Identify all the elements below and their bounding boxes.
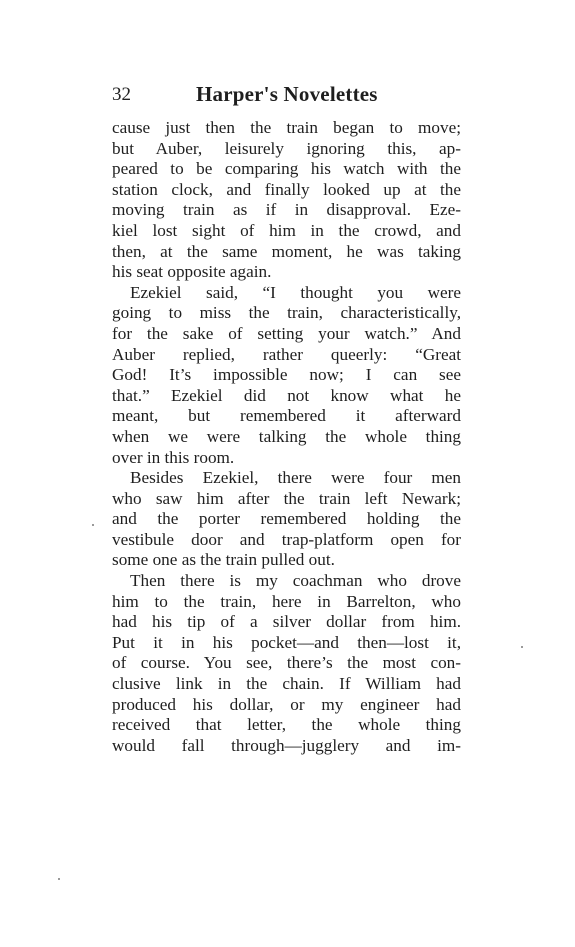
- text-line: Auber replied, rather queerly: “Great: [112, 345, 461, 366]
- text-line: then, at the same moment, he was taking: [112, 242, 461, 263]
- body-text: cause just then the train began to move;…: [112, 118, 461, 756]
- text-line: God! It’s impossible now; I can see: [112, 365, 461, 386]
- running-head: 32 Harper's Novelettes: [110, 82, 480, 108]
- text-line: peared to be comparing his watch with th…: [112, 159, 461, 180]
- text-line: when we were talking the whole thing: [112, 427, 461, 448]
- text-line: Put it in his pocket—and then—lost it,: [112, 633, 461, 654]
- book-title: Harper's Novelettes: [196, 82, 378, 107]
- text-line: and the porter remembered holding the: [112, 509, 461, 530]
- text-line: meant, but remembered it afterward: [112, 406, 461, 427]
- text-line: kiel lost sight of him in the crowd, and: [112, 221, 461, 242]
- scan-speck: [521, 646, 523, 648]
- scan-speck: [92, 524, 94, 526]
- text-line: going to miss the train, characteristica…: [112, 303, 461, 324]
- text-line: clusive link in the chain. If William ha…: [112, 674, 461, 695]
- text-line: Ezekiel said, “I thought you were: [112, 283, 461, 304]
- text-line: who saw him after the train left Newark;: [112, 489, 461, 510]
- book-page: 32 Harper's Novelettes cause just then t…: [0, 0, 575, 947]
- text-line: over in this room.: [112, 448, 461, 469]
- text-line: but Auber, leisurely ignoring this, ap-: [112, 139, 461, 160]
- text-line: some one as the train pulled out.: [112, 550, 461, 571]
- text-line: for the sake of setting your watch.” And: [112, 324, 461, 345]
- text-line: of course. You see, there’s the most con…: [112, 653, 461, 674]
- text-line: Besides Ezekiel, there were four men: [112, 468, 461, 489]
- text-line: vestibule door and trap-platform open fo…: [112, 530, 461, 551]
- text-line: would fall through—jugglery and im-: [112, 736, 461, 757]
- scan-speck: [58, 878, 60, 880]
- text-line: cause just then the train began to move;: [112, 118, 461, 139]
- page-number: 32: [112, 84, 131, 106]
- text-line: that.” Ezekiel did not know what he: [112, 386, 461, 407]
- text-line: had his tip of a silver dollar from him.: [112, 612, 461, 633]
- text-line: received that letter, the whole thing: [112, 715, 461, 736]
- text-line: him to the train, here in Barrelton, who: [112, 592, 461, 613]
- text-line: Then there is my coachman who drove: [112, 571, 461, 592]
- text-line: produced his dollar, or my engineer had: [112, 695, 461, 716]
- text-line: moving train as if in disapproval. Eze-: [112, 200, 461, 221]
- text-line: his seat opposite again.: [112, 262, 461, 283]
- text-line: station clock, and finally looked up at …: [112, 180, 461, 201]
